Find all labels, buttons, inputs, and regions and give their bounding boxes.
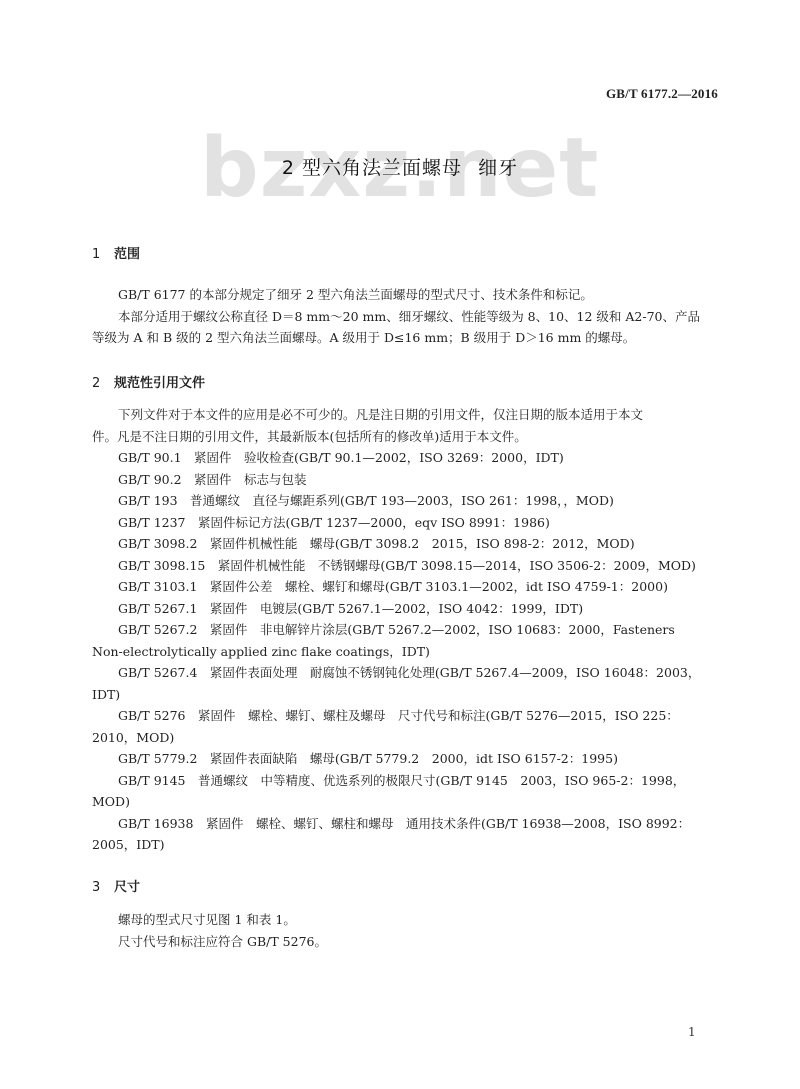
- reference-item: GB/T 3103.1 紧固件公差 螺栓、螺钉和螺母(GB/T 3103.1—2…: [92, 576, 716, 598]
- reference-item: GB/T 5779.2 紧固件表面缺陷 螺母(GB/T 5779.2 2000，…: [92, 748, 716, 770]
- text-line: 等级为 A 和 B 级的 2 型六角法兰面螺母。A 级用于 D≤16 mm；B …: [92, 327, 716, 349]
- text-line: 尺寸代号和标注应符合 GB/T 5276。: [92, 931, 716, 953]
- reference-item: GB/T 5267.2 紧固件 非电解锌片涂层(GB/T 5267.2—2002…: [92, 619, 716, 641]
- dimensions-paragraph: 螺母的型式尺寸见图 1 和表 1。 尺寸代号和标注应符合 GB/T 5276。: [92, 909, 716, 952]
- standard-number: GB/T 6177.2—2016: [606, 86, 718, 102]
- section-number: 1: [92, 247, 114, 262]
- text-line: GB/T 6177 的本部分规定了细牙 2 型六角法兰面螺母的型式尺寸、技术条件…: [92, 284, 716, 306]
- text-line: 本部分适用于螺纹公称直径 D＝8 mm～20 mm、细牙螺纹、性能等级为 8、1…: [92, 306, 716, 328]
- reference-item-continuation: MOD): [92, 791, 716, 813]
- text-line: 螺母的型式尺寸见图 1 和表 1。: [92, 909, 716, 931]
- section-number: 2: [92, 376, 114, 391]
- reference-item-continuation: 2005，IDT): [92, 834, 716, 856]
- document-title: 2 型六角法兰面螺母细牙: [0, 153, 800, 180]
- section-heading-dimensions: 3尺寸: [92, 876, 140, 895]
- references-intro: 下列文件对于本文件的应用是必不可少的。凡是注日期的引用文件，仅注日期的版本适用于…: [92, 404, 716, 447]
- reference-item: GB/T 9145 普通螺纹 中等精度、优选系列的极限尺寸(GB/T 9145 …: [92, 770, 716, 792]
- page-number: 1: [688, 1025, 696, 1039]
- text-line: 件。凡是不注日期的引用文件，其最新版本(包括所有的修改单)适用于本文件。: [92, 426, 716, 448]
- section-heading-normative-references: 2规范性引用文件: [92, 372, 205, 391]
- text-line: 下列文件对于本文件的应用是必不可少的。凡是注日期的引用文件，仅注日期的版本适用于…: [92, 404, 716, 426]
- reference-item-continuation: IDT): [92, 684, 716, 706]
- section-heading-scope: 1范围: [92, 243, 140, 262]
- section-title: 尺寸: [114, 880, 140, 895]
- reference-item-continuation: Non-electrolytically applied zinc flake …: [92, 641, 716, 663]
- reference-item: GB/T 5276 紧固件 螺栓、螺钉、螺柱及螺母 尺寸代号和标注(GB/T 5…: [92, 705, 716, 727]
- section-number: 3: [92, 880, 114, 895]
- reference-item: GB/T 193 普通螺纹 直径与螺距系列(GB/T 193—2003，ISO …: [92, 490, 716, 512]
- reference-item: GB/T 5267.4 紧固件表面处理 耐腐蚀不锈钢钝化处理(GB/T 5267…: [92, 662, 716, 684]
- references-list: GB/T 90.1 紧固件 验收检查(GB/T 90.1—2002，ISO 32…: [92, 447, 716, 856]
- reference-item: GB/T 3098.15 紧固件机械性能 不锈钢螺母(GB/T 3098.15—…: [92, 555, 716, 577]
- scope-paragraph: GB/T 6177 的本部分规定了细牙 2 型六角法兰面螺母的型式尺寸、技术条件…: [92, 284, 716, 349]
- reference-item: GB/T 1237 紧固件标记方法(GB/T 1237—2000，eqv ISO…: [92, 512, 716, 534]
- title-sub: 细牙: [478, 157, 518, 179]
- reference-item-continuation: 2010，MOD): [92, 727, 716, 749]
- section-title: 范围: [114, 247, 140, 262]
- reference-item: GB/T 3098.2 紧固件机械性能 螺母(GB/T 3098.2 2015，…: [92, 533, 716, 555]
- reference-item: GB/T 90.2 紧固件 标志与包装: [92, 469, 716, 491]
- reference-item: GB/T 5267.1 紧固件 电镀层(GB/T 5267.1—2002，ISO…: [92, 598, 716, 620]
- reference-item: GB/T 16938 紧固件 螺栓、螺钉、螺柱和螺母 通用技术条件(GB/T 1…: [92, 813, 716, 835]
- title-main: 2 型六角法兰面螺母: [282, 157, 462, 179]
- reference-item: GB/T 90.1 紧固件 验收检查(GB/T 90.1—2002，ISO 32…: [92, 447, 716, 469]
- section-title: 规范性引用文件: [114, 376, 205, 391]
